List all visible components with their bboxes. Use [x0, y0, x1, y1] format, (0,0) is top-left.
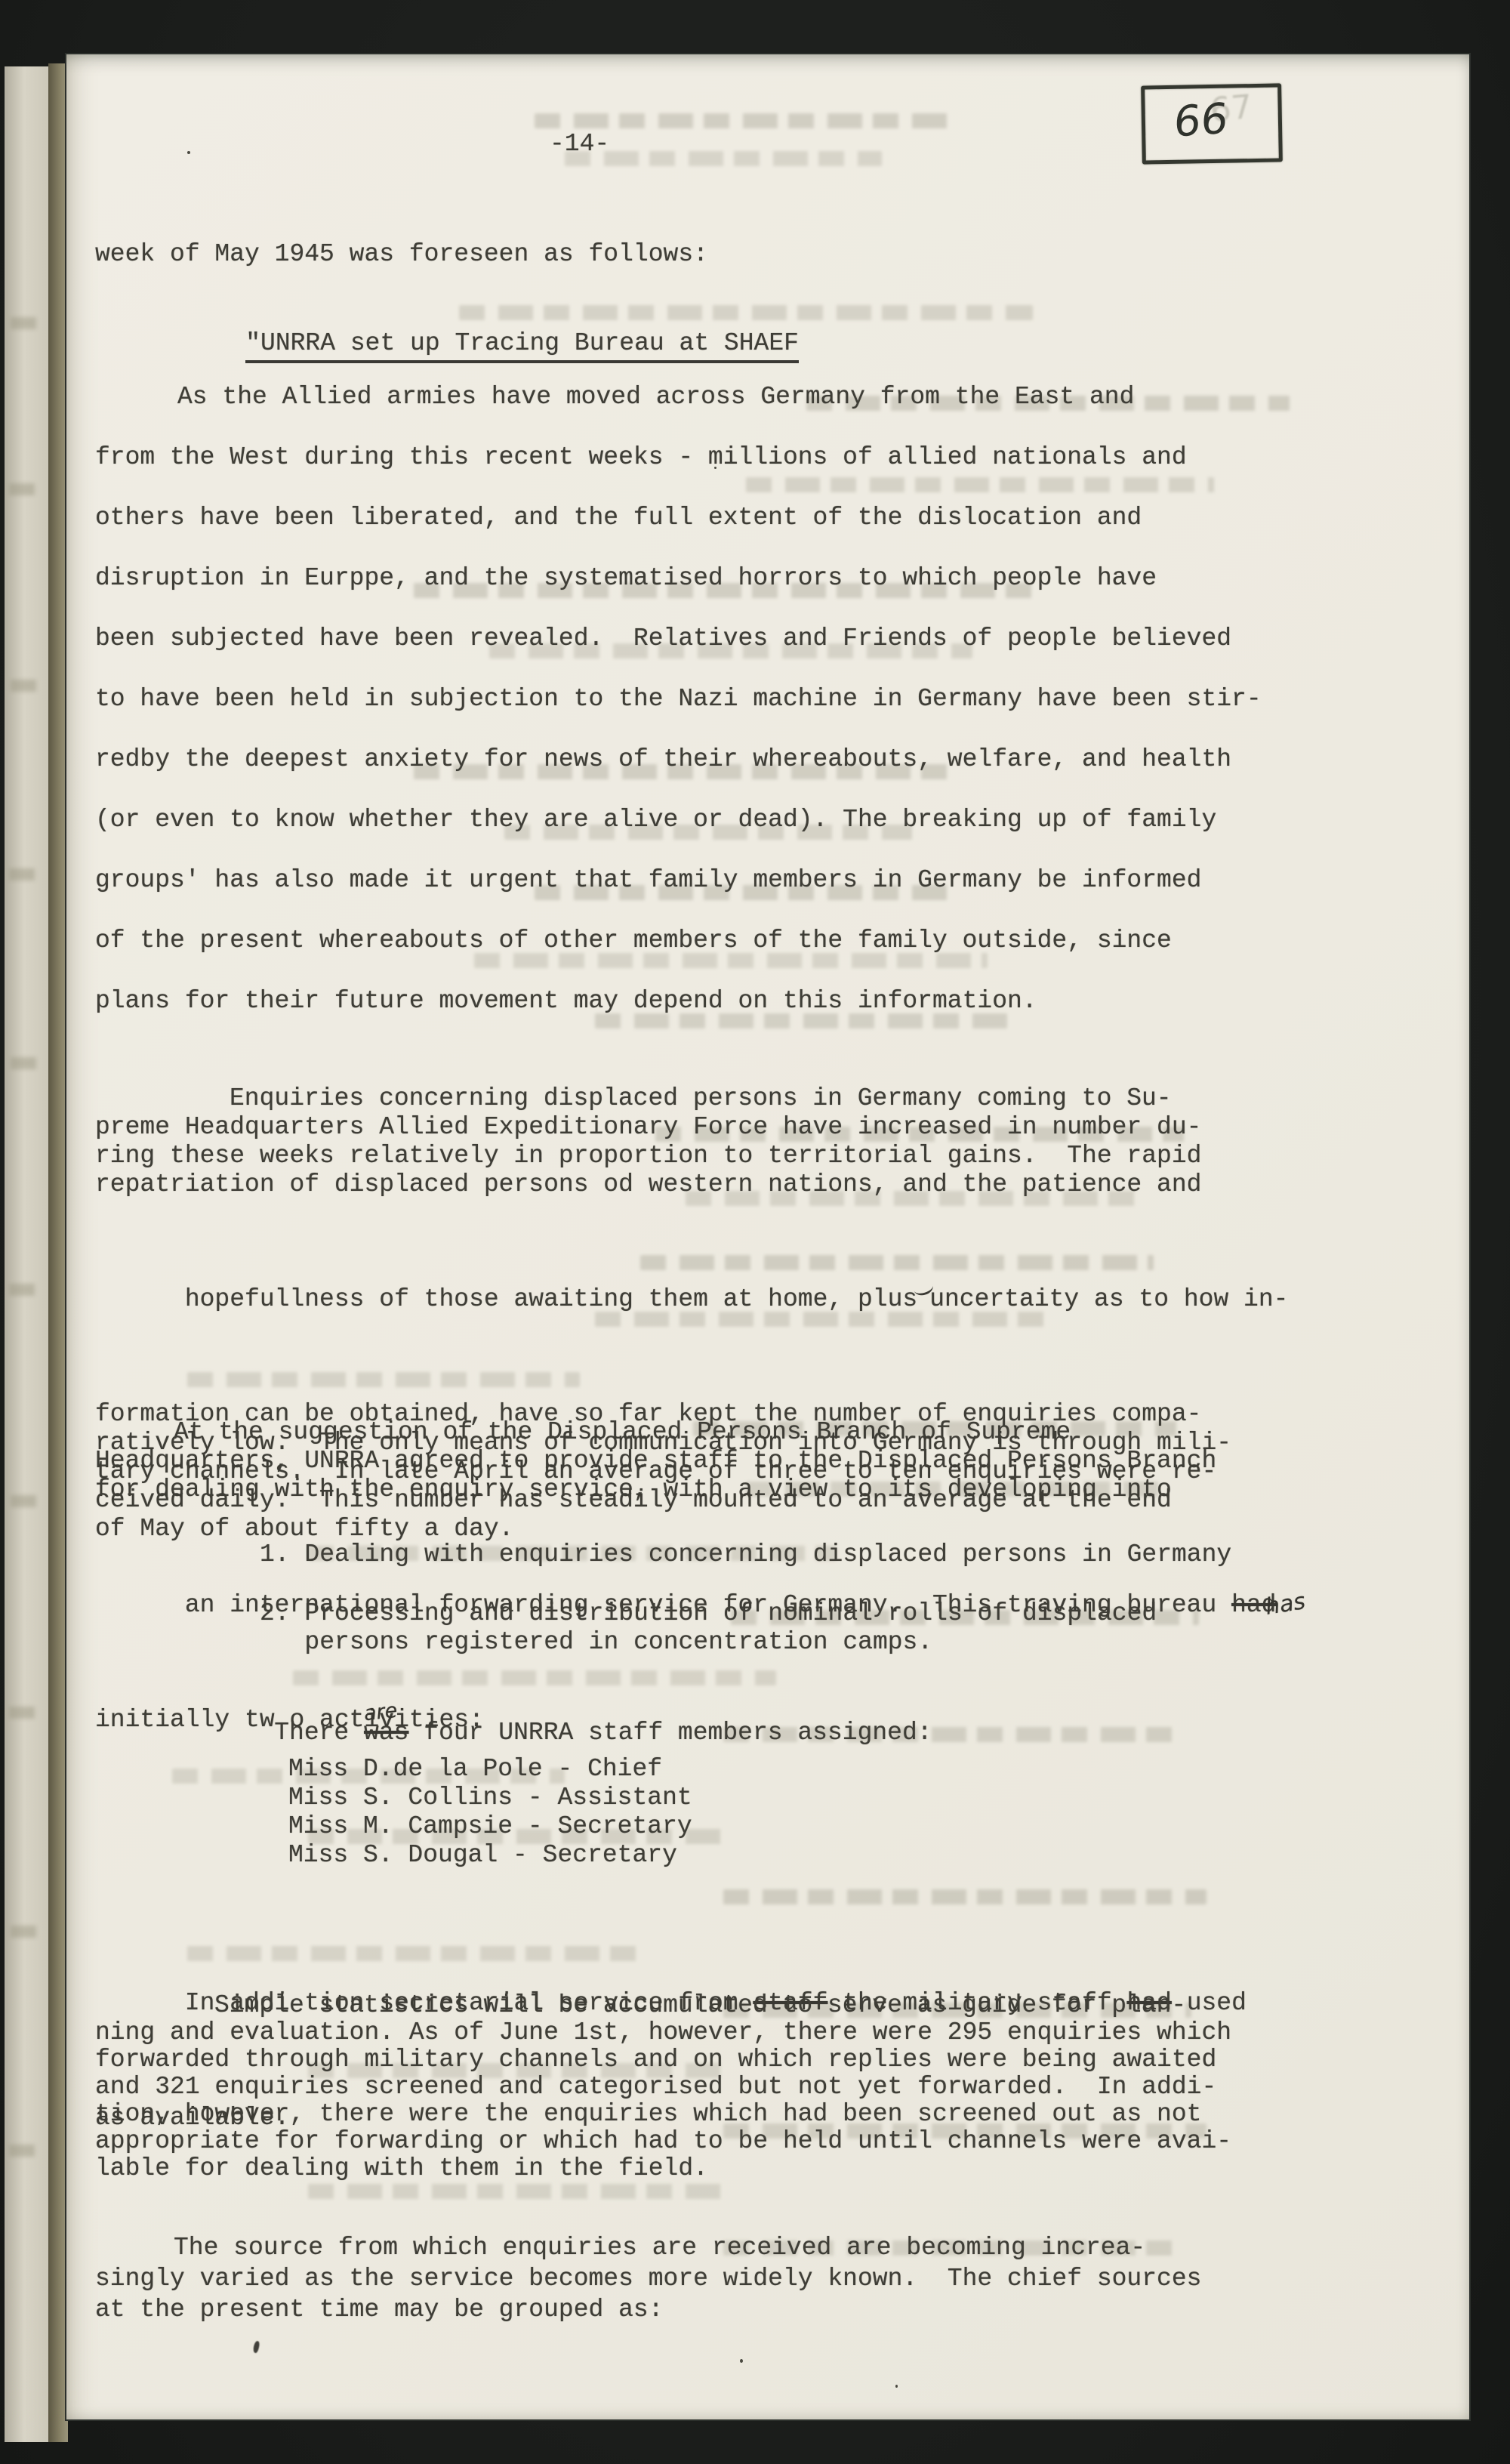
facing-page-text-fragment [9, 2145, 35, 2157]
facing-page-text-fragment [9, 1284, 35, 1296]
page-number: -14- [550, 130, 701, 159]
paragraph-sources: The source from which enquiries are rece… [95, 2232, 1379, 2325]
assigned-prefix: There [274, 1719, 364, 1747]
paragraph-suggestion-part1: At the suggestion of the Displaced Perso… [95, 1418, 1379, 1504]
assigned-suffix: four UNRRA staff members assigned: [408, 1719, 932, 1747]
bleedthrough-ghost-line [535, 113, 957, 128]
paragraph-allied-armies: As the Allied armies have moved across G… [95, 367, 1379, 1032]
paragraph-statistics: Simple statistics will be accumulated to… [95, 1992, 1379, 2182]
activities-item-1: 1. Dealing with enquiries concerning dis… [260, 1540, 1510, 1569]
facing-page-text-fragment [11, 1495, 36, 1507]
bleedthrough-ghost-line [723, 1889, 1206, 1904]
ink-speck [740, 2359, 743, 2363]
folio-stamp-box: 67 66 [1141, 83, 1283, 164]
facing-page-text-fragment [11, 680, 36, 692]
folio-stamp-number: 66 [1172, 94, 1229, 147]
facing-page-text-fragment [9, 868, 35, 880]
paragraph-enquiries-part1: Enquiries concerning displaced persons i… [95, 1084, 1379, 1199]
facing-page-edge [5, 66, 48, 2442]
corrected-word-group: arewas [364, 1719, 408, 1747]
intro-line: week of May 1945 was foreseen as follows… [95, 240, 1379, 269]
facing-page-text-fragment [11, 1057, 36, 1069]
ink-speck [187, 151, 190, 154]
document-page: -14- 67 66 week of May 1945 was foreseen… [66, 54, 1469, 2419]
book-spine-strip [48, 63, 68, 2442]
plus-line-suffix: uncertaity as to how in- [929, 1285, 1288, 1313]
facing-page-text-fragment [9, 483, 35, 495]
paragraph-enquiries-plus-line: hopefullness of those awaiting them at h… [95, 1257, 1379, 1343]
facing-page-text-fragment [11, 317, 36, 329]
activities-item-2: 2. Processing and distribution of nomina… [260, 1599, 1510, 1657]
ink-speck [714, 467, 716, 469]
ink-mark [252, 2340, 260, 2353]
facing-page-text-fragment [9, 1707, 35, 1719]
section-heading-text: "UNRRA set up Tracing Bureau at SHAEF [245, 329, 799, 363]
ink-speck [895, 2385, 898, 2388]
staff-roster: Miss D.de la Pole - Chief Miss S. Collin… [288, 1755, 1510, 1870]
handwritten-word-are: are [362, 1697, 399, 1729]
facing-page-text-fragment [11, 1926, 36, 1938]
plus-line-prefix: hopefullness of those awaiting them at h… [185, 1285, 917, 1313]
